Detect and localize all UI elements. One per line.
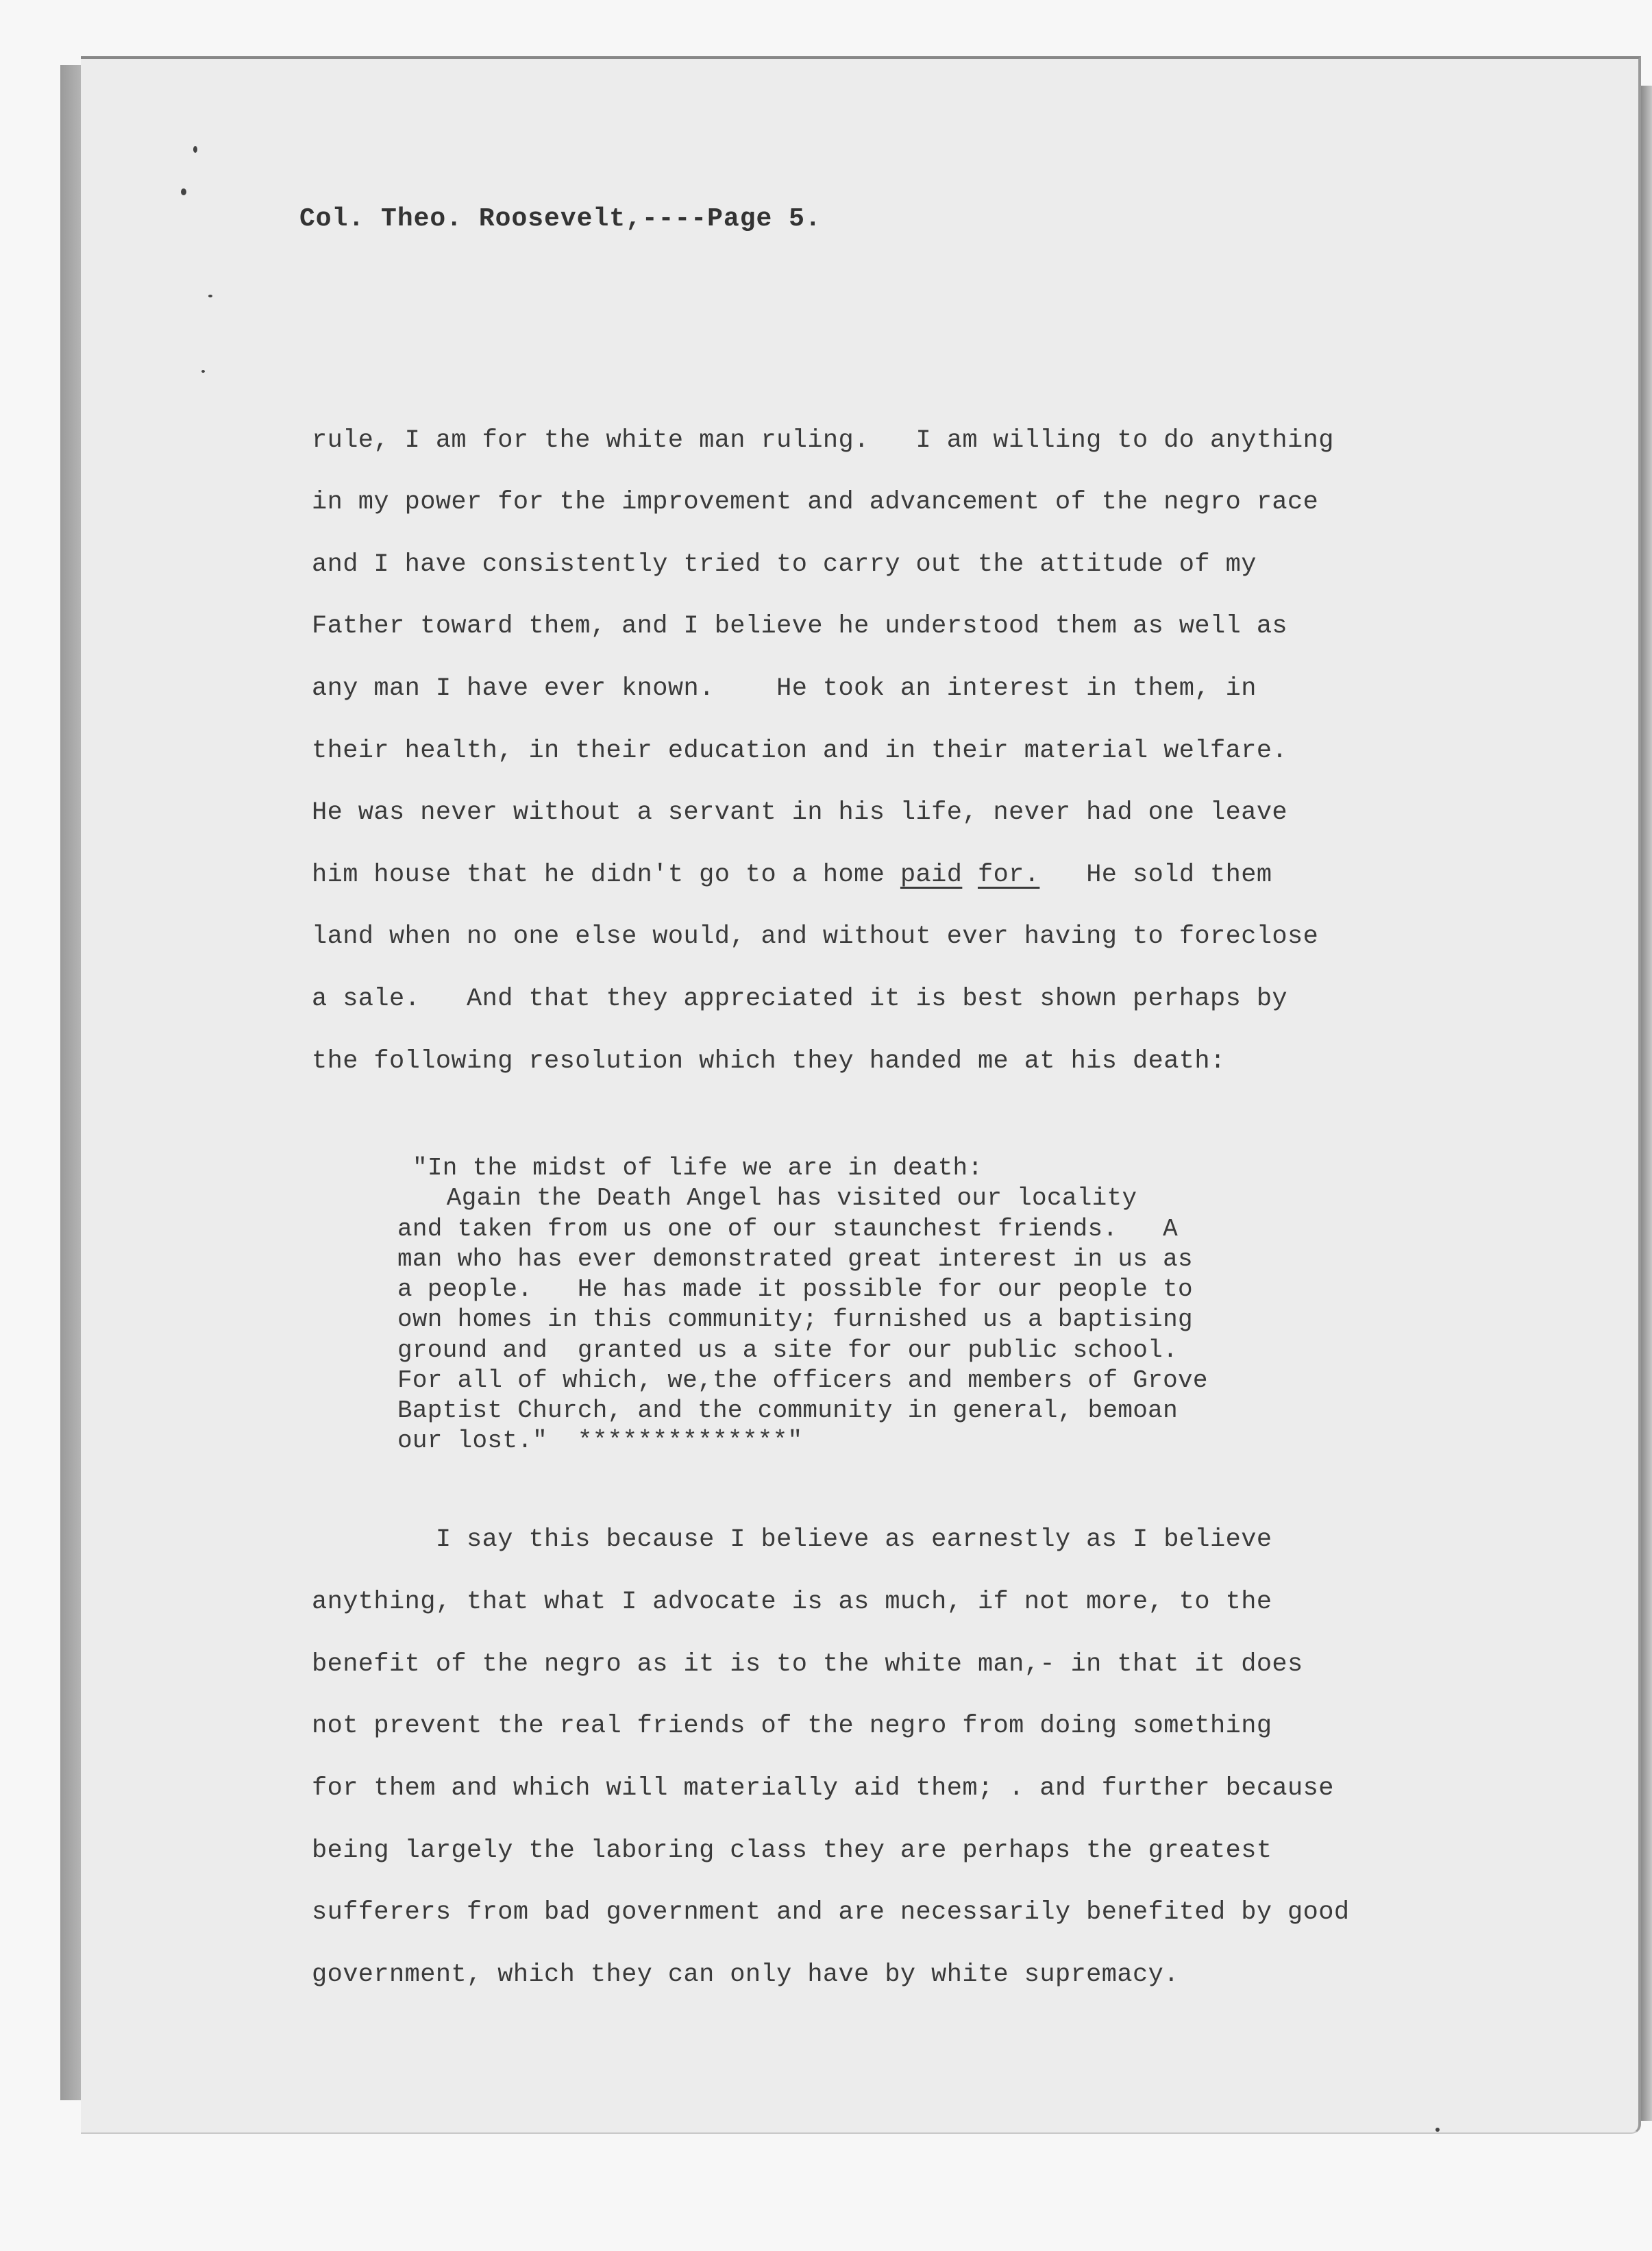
text-line: their health, in their education and in … [312,737,1287,765]
text-line: the following resolution which they hand… [312,1047,1226,1076]
quote-line: our lost." **************" [397,1427,802,1455]
text-line: anything, that what I advocate is as muc… [312,1588,1272,1616]
quote-line: own homes in this community; furnished u… [397,1305,1193,1333]
quote-line: "In the midst of life we are in death: [412,1154,983,1182]
text-line: being largely the laboring class they ar… [312,1836,1272,1865]
quote-line: ground and granted us a site for our pub… [397,1336,1178,1364]
text-line: Father toward them, and I believe he und… [312,612,1287,641]
scan-edge-left [60,65,81,2100]
text-segment: him house that he didn't go to a home [312,861,900,889]
underlined-word: paid [900,861,962,889]
text-line: a sale. And that they appreciated it is … [312,985,1287,1013]
text-line: land when no one else would, and without… [312,922,1318,951]
underlined-word: for. [978,861,1039,889]
text-line: sufferers from bad government and are ne… [312,1898,1349,1927]
quote-line: and taken from us one of our staunchest … [397,1215,1178,1243]
page-header: Col. Theo. Roosevelt,----Page 5. [299,204,822,234]
text-line: and I have consistently tried to carry o… [312,550,1257,579]
quote-line: Again the Death Angel has visited our lo… [417,1184,1137,1212]
text-line: for them and which will materially aid t… [312,1774,1334,1803]
text-line: not prevent the real friends of the negr… [312,1712,1272,1740]
text-line: rule, I am for the white man ruling. I a… [312,426,1334,455]
text-line: benefit of the negro as it is to the whi… [312,1650,1303,1679]
quote-line: a people. He has made it possible for ou… [397,1275,1193,1303]
text-line: any man I have ever known. He took an in… [312,674,1257,703]
text-line: in my power for the improvement and adva… [312,488,1318,517]
text-segment: He sold them [1039,861,1272,889]
text-line: government, which they can only have by … [312,1960,1179,1989]
scan-edge-right [1641,86,1652,2121]
quote-line: For all of which, we,the officers and me… [397,1366,1208,1394]
text-line: him house that he didn't go to a home pa… [312,861,1272,889]
ink-speck [1435,2128,1440,2132]
ink-speck [193,146,197,153]
typewritten-page [81,56,1641,2134]
ink-speck [201,370,205,373]
quote-line: man who has ever demonstrated great inte… [397,1245,1193,1273]
ink-speck [181,188,186,195]
text-line: He was never without a servant in his li… [312,798,1287,827]
ink-speck [208,295,212,297]
quote-line: Baptist Church, and the community in gen… [397,1397,1178,1425]
text-line: I say this because I believe as earnestl… [312,1525,1272,1554]
